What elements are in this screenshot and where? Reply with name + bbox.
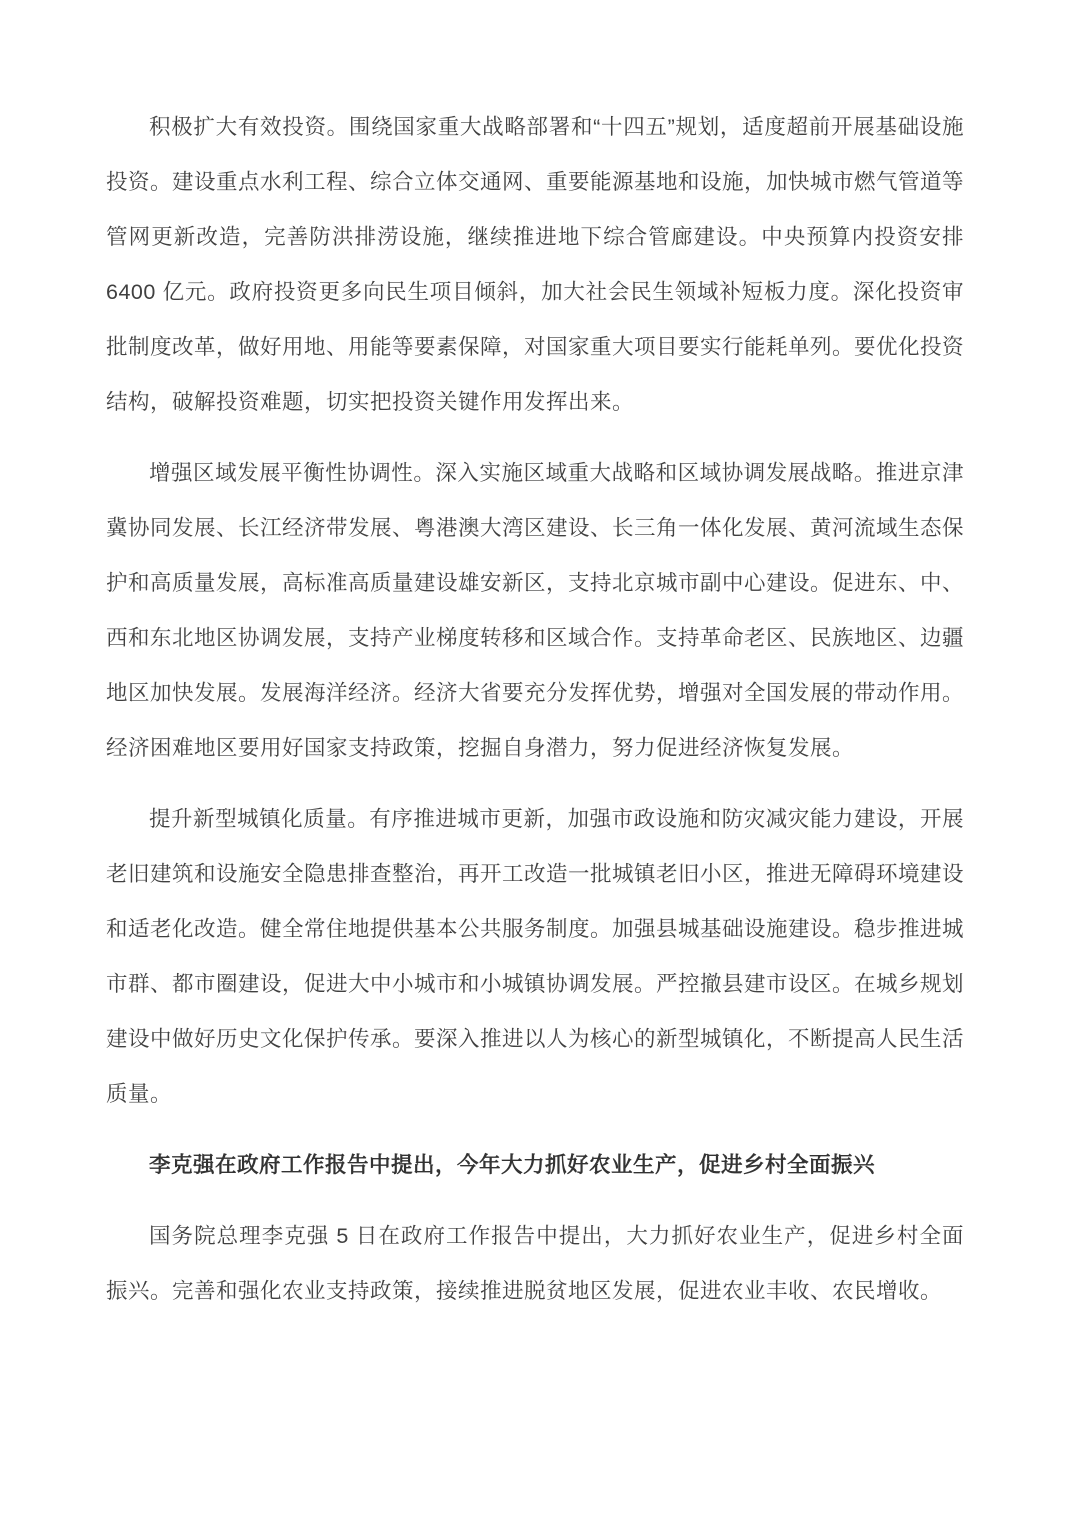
page-content: 积极扩大有效投资。围绕国家重大战略部署和“十四五”规划，适度超前开展基础设施投资… bbox=[0, 0, 1074, 1319]
paragraph-investment: 积极扩大有效投资。围绕国家重大战略部署和“十四五”规划，适度超前开展基础设施投资… bbox=[106, 100, 964, 430]
document-page: 积极扩大有效投资。围绕国家重大战略部署和“十四五”规划，适度超前开展基础设施投资… bbox=[0, 0, 1074, 1520]
paragraph-regional-development: 增强区域发展平衡性协调性。深入实施区域重大战略和区域协调发展战略。推进京津冀协同… bbox=[106, 446, 964, 776]
section-headline-agriculture: 李克强在政府工作报告中提出，今年大力抓好农业生产，促进乡村全面振兴 bbox=[106, 1138, 964, 1193]
paragraph-urbanization: 提升新型城镇化质量。有序推进城市更新，加强市政设施和防灾减灾能力建设，开展老旧建… bbox=[106, 792, 964, 1122]
paragraph-agriculture: 国务院总理李克强 5 日在政府工作报告中提出，大力抓好农业生产，促进乡村全面振兴… bbox=[106, 1209, 964, 1319]
